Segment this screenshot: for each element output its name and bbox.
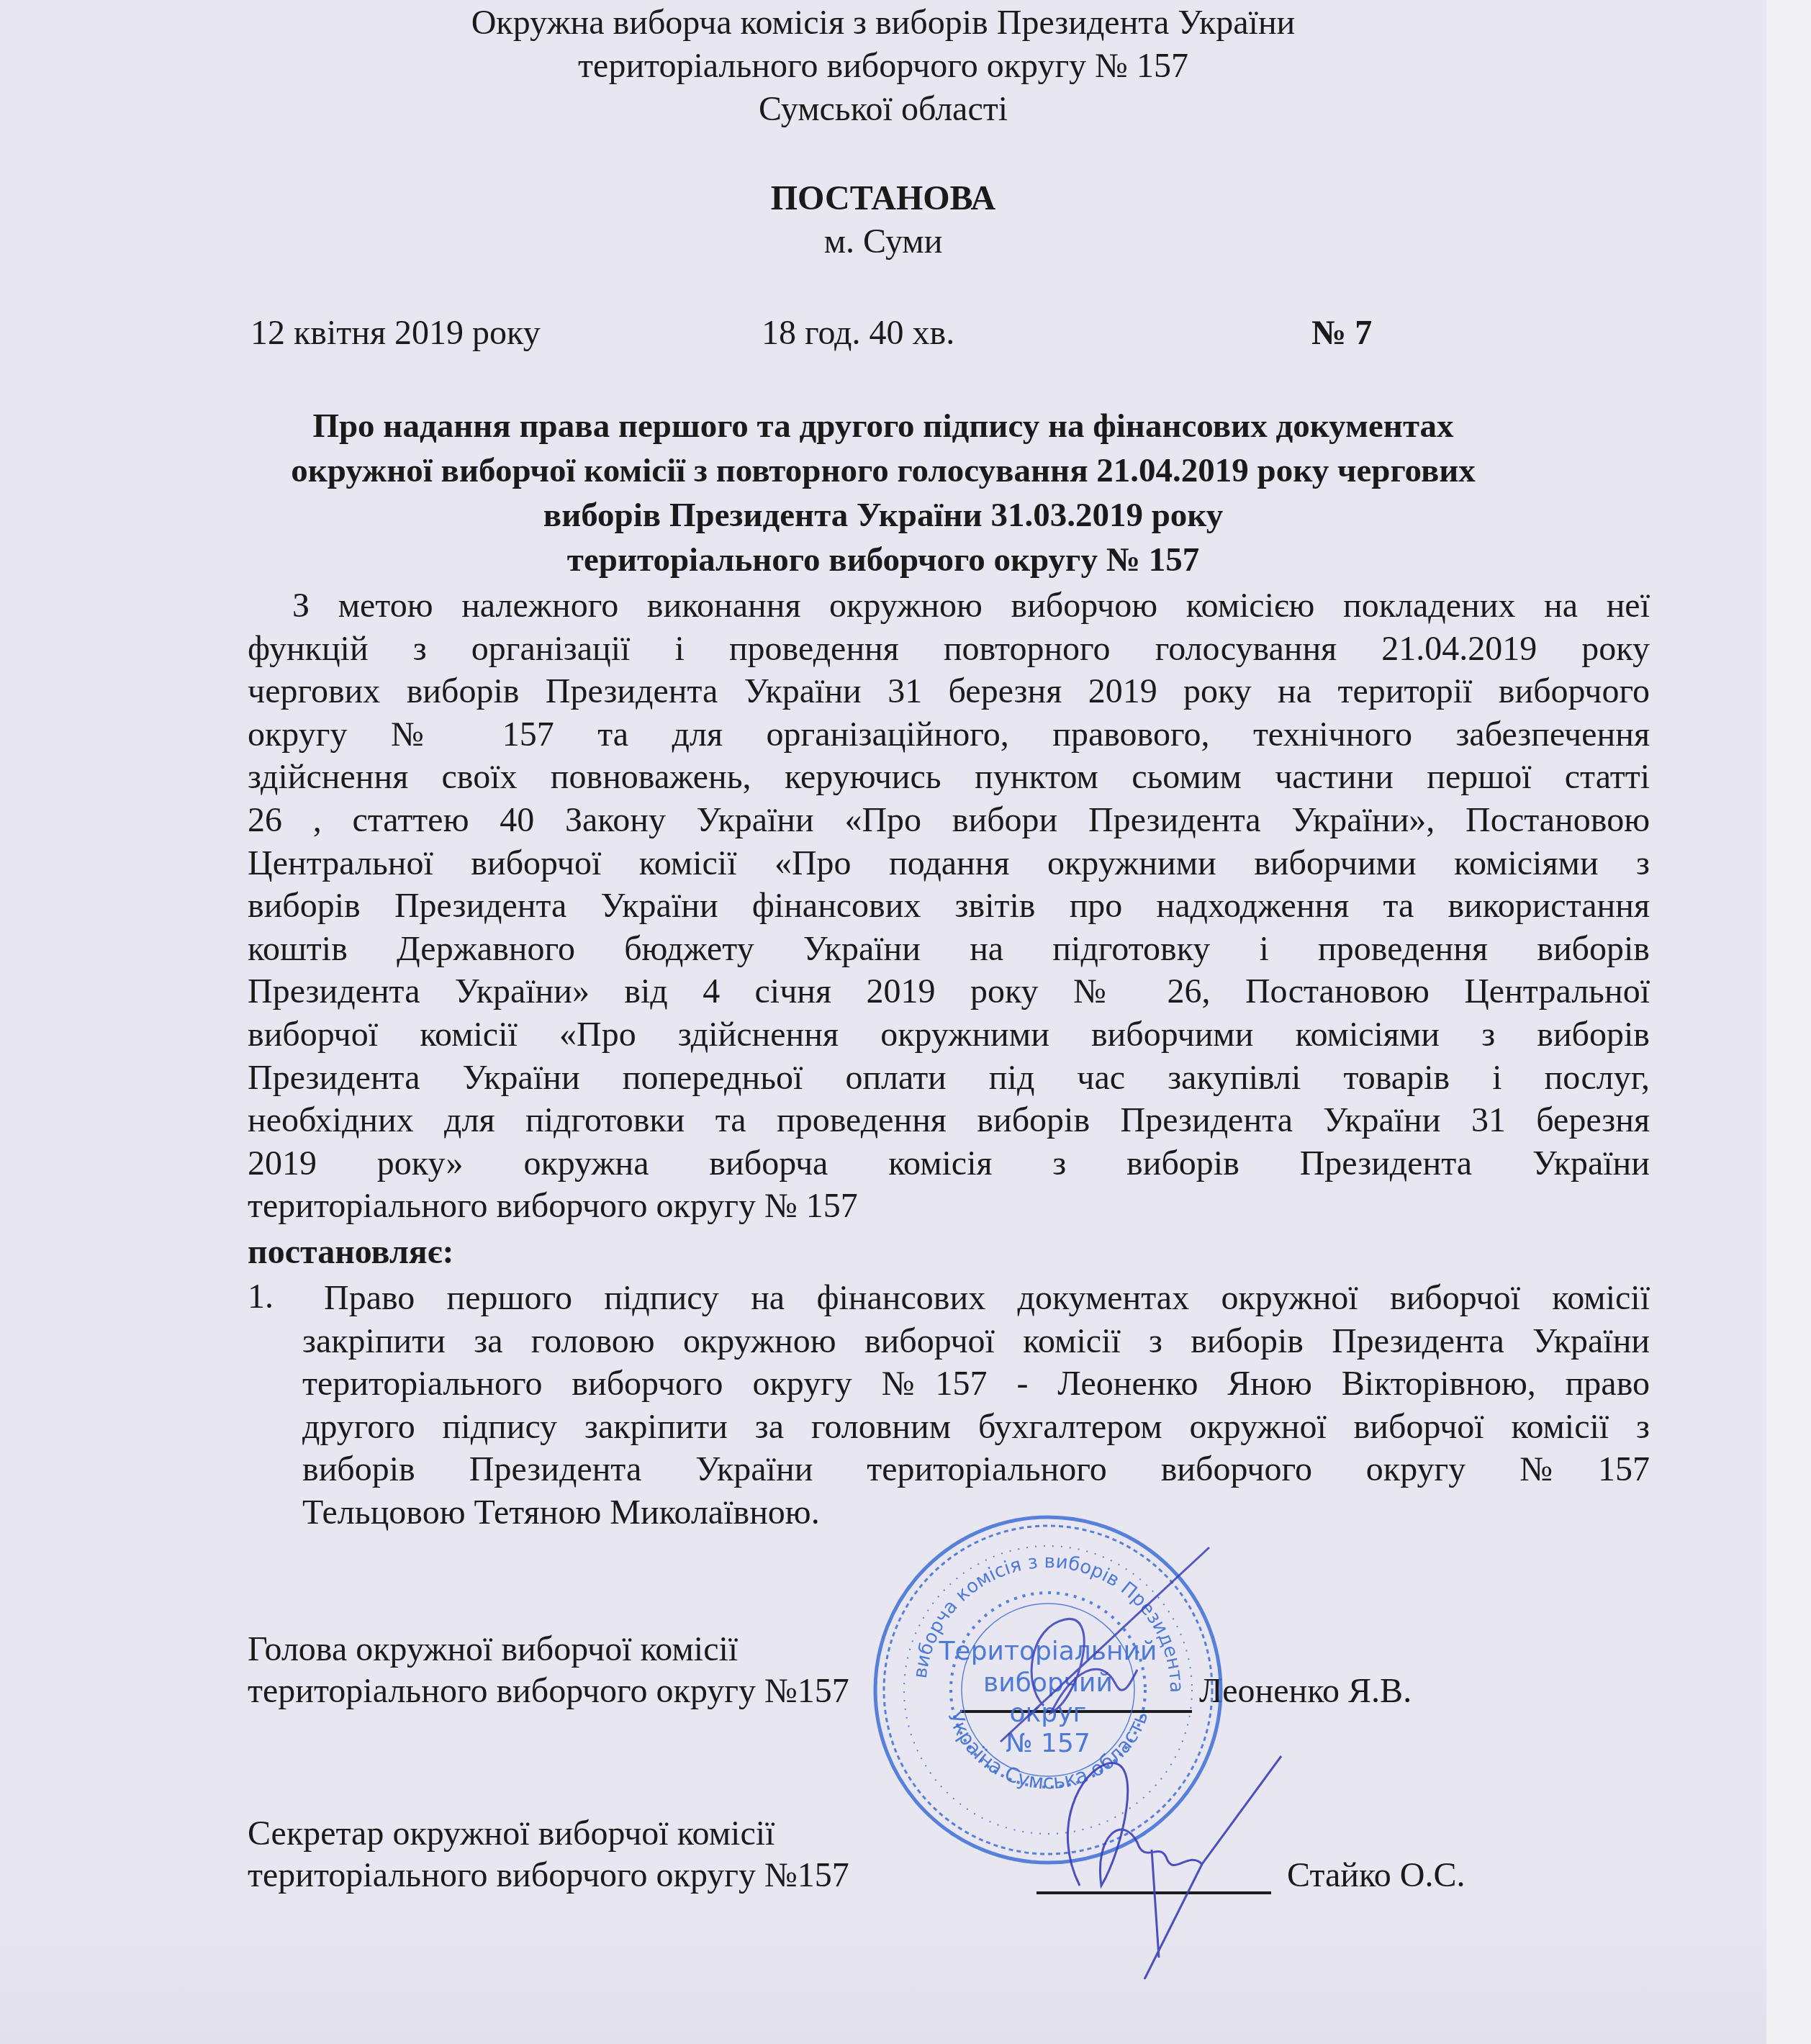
- title-line-4: територіального виборчого округу № 157: [0, 538, 1766, 582]
- preamble-line: округу № 157 та для організаційного, пра…: [248, 713, 1650, 756]
- chairman-role-line-2: територіального виборчого округу №157: [248, 1671, 849, 1711]
- org-name-line-1: Окружна виборча комісія з виборів Презид…: [0, 1, 1766, 45]
- signature-scribble-icon: [1037, 1742, 1296, 1979]
- secretary-handwritten-signature: [1037, 1742, 1296, 1979]
- preamble-paragraph: З метою належного виконання окружною виб…: [248, 584, 1650, 1228]
- preamble-line: виборів Президента України фінансових зв…: [248, 885, 1650, 928]
- preamble-line: необхідних для підготовки та проведення …: [248, 1099, 1650, 1142]
- org-name-line-2: територіального виборчого округу № 157: [0, 45, 1766, 88]
- resolves-label: постановляє:: [248, 1232, 454, 1272]
- secretary-role-line-1: Секретар окружної виборчої комісії: [248, 1814, 774, 1853]
- preamble-line: Президента України попередньої оплати пі…: [248, 1057, 1650, 1100]
- preamble-line: здійснення своїх повноважень, керуючись …: [248, 756, 1650, 799]
- preamble-line: коштів Державного бюджету України на під…: [248, 928, 1650, 971]
- preamble-line: чергових виборів Президента України 31 б…: [248, 670, 1650, 713]
- secretary-role-line-2: територіального виборчого округу №157: [248, 1855, 849, 1895]
- list-item-line: виборів Президента України територіально…: [302, 1448, 1650, 1491]
- chairman-role-line-1: Голова окружної виборчої комісії: [248, 1629, 738, 1669]
- scan-bottom-shade: [0, 1914, 1766, 2044]
- title-line-1: Про надання права першого та другого під…: [0, 404, 1766, 448]
- chairman-name: Леоненко Я.В.: [1199, 1671, 1412, 1711]
- chairman-handwritten-signature: [957, 1540, 1231, 1756]
- preamble-line: 2019 року» окружна виборча комісія з виб…: [248, 1142, 1650, 1185]
- preamble-line: З метою належного виконання окружною виб…: [248, 584, 1650, 628]
- document-type: ПОСТАНОВА: [0, 177, 1766, 220]
- list-item-line: другого підпису закріпити за головним бу…: [302, 1406, 1650, 1449]
- preamble-line: Президента України» від 4 січня 2019 рок…: [248, 970, 1650, 1013]
- city: м. Суми: [0, 220, 1766, 263]
- preamble-line: функцій з організації і проведення повто…: [248, 628, 1650, 671]
- title-line-3: виборів Президента України 31.03.2019 ро…: [0, 494, 1766, 537]
- title-line-2: окружної виборчої комісії з повторного г…: [0, 449, 1766, 492]
- org-region: Сумської області: [0, 88, 1766, 131]
- list-item-line: територіального виборчого округу №157 - …: [302, 1362, 1650, 1406]
- preamble-line: виборчої комісії «Про здійснення окружни…: [248, 1013, 1650, 1057]
- document-date: 12 квітня 2019 року: [250, 313, 541, 353]
- preamble-line: 26 , статтею 40 Закону України «Про вибо…: [248, 799, 1650, 842]
- list-item-line: Право першого підпису на фінансових доку…: [302, 1277, 1650, 1320]
- list-item-line: закріпити за головою окружною виборчої к…: [302, 1320, 1650, 1363]
- scan-edge-strip: [1766, 0, 1811, 2044]
- list-item: Право першого підпису на фінансових доку…: [302, 1277, 1650, 1534]
- preamble-line: Центральної виборчої комісії «Про поданн…: [248, 842, 1650, 885]
- secretary-name: Стайко О.С.: [1287, 1855, 1465, 1895]
- signature-scribble-icon: [957, 1540, 1231, 1756]
- preamble-line: територіального виборчого округу № 157: [248, 1185, 1650, 1228]
- list-item-number: 1.: [248, 1277, 274, 1316]
- document-time: 18 год. 40 хв.: [762, 313, 954, 353]
- document-number: № 7: [1311, 313, 1372, 353]
